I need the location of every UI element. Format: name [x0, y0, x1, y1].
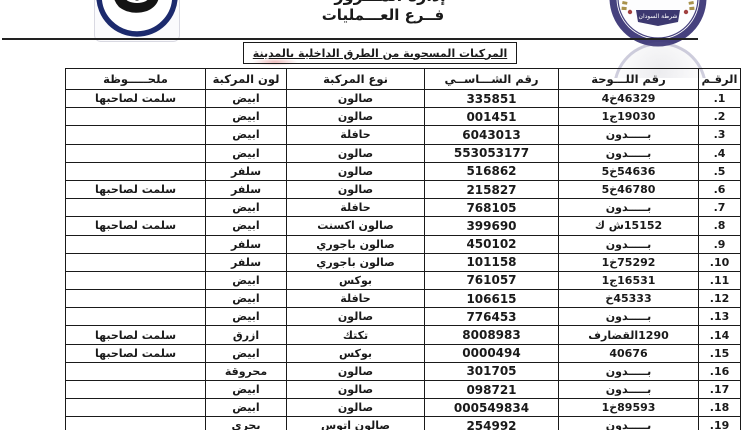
vehicles-table-header: الرقـم رقم اللـــوحة رقم الشـــاســي نوع…: [66, 69, 741, 90]
cell-color: ابيض: [206, 108, 287, 126]
cell-chassis: 215827: [425, 180, 559, 198]
cell-color: ابيض: [206, 271, 287, 289]
cell-no: 10.: [699, 253, 741, 271]
header-note: ملحـــــوظة: [66, 69, 206, 90]
cell-color: سلفر: [206, 253, 287, 271]
cell-note: [66, 290, 206, 308]
cell-chassis: 516862: [425, 162, 559, 180]
cell-color: ابيض: [206, 381, 287, 399]
cell-color: سلفر: [206, 235, 287, 253]
cell-no: 17.: [699, 381, 741, 399]
cell-color: ابيض: [206, 199, 287, 217]
cell-note: [66, 308, 206, 326]
cell-plate: بـــــدون: [559, 144, 699, 162]
cell-type: حافلة: [287, 290, 425, 308]
cell-no: 2.: [699, 108, 741, 126]
table-row: 12.45333خ106615حافلةابيض: [66, 290, 741, 308]
cell-no: 9.: [699, 235, 741, 253]
cell-no: 1.: [699, 90, 741, 108]
cell-note: [66, 108, 206, 126]
cell-no: 11.: [699, 271, 741, 289]
cell-no: 3.: [699, 126, 741, 144]
header-row: الرقـم رقم اللـــوحة رقم الشـــاســي نوع…: [66, 69, 741, 90]
cell-color: سلفر: [206, 180, 287, 198]
cell-color: محروقة: [206, 362, 287, 380]
cell-no: 14.: [699, 326, 741, 344]
traffic-police-eye-emblem-icon: [93, 0, 181, 40]
cell-plate: بـــــدون: [559, 362, 699, 380]
cell-chassis: 450102: [425, 235, 559, 253]
cell-note: [66, 162, 206, 180]
cell-note: [66, 253, 206, 271]
cell-plate: بـــــدون: [559, 381, 699, 399]
table-row: 3.بـــــدون6043013حافلةابيض: [66, 126, 741, 144]
header-divider: [2, 38, 698, 40]
cell-chassis: 106615: [425, 290, 559, 308]
cell-chassis: 001451: [425, 108, 559, 126]
cell-type: صالون: [287, 180, 425, 198]
cell-no: 13.: [699, 308, 741, 326]
cell-color: سلفر: [206, 162, 287, 180]
cell-note: [66, 417, 206, 430]
table-row: 18.89593خ1000549834صالونابيض: [66, 399, 741, 417]
emblem-banner-text: شرطة السودان: [639, 13, 678, 20]
cell-color: ابيض: [206, 399, 287, 417]
cell-chassis: 761057: [425, 271, 559, 289]
cell-color: ازرق: [206, 326, 287, 344]
cell-type: صالون: [287, 144, 425, 162]
cell-type: صالون اتوس: [287, 417, 425, 430]
table-row: 10.75292خ1101158صالون باجوريسلفر: [66, 253, 741, 271]
cell-note: سلمت لصاحبها: [66, 326, 206, 344]
cell-color: ابيض: [206, 308, 287, 326]
header-type: نوع المركبة: [287, 69, 425, 90]
cell-no: 6.: [699, 180, 741, 198]
table-row: 7.بـــــدون768105حافلةابيض: [66, 199, 741, 217]
cell-no: 5.: [699, 162, 741, 180]
document-title-box: المركبات المسحوبة من الطرق الداخلية بالم…: [243, 42, 517, 64]
cell-type: صالون اكسنت: [287, 217, 425, 235]
cell-note: [66, 199, 206, 217]
cell-chassis: 335851: [425, 90, 559, 108]
cell-chassis: 098721: [425, 381, 559, 399]
cell-color: ابيض: [206, 126, 287, 144]
cell-plate: 75292خ1: [559, 253, 699, 271]
cell-type: صالون باجوري: [287, 235, 425, 253]
header-plate: رقم اللـــوحة: [559, 69, 699, 90]
cell-plate: 40676: [559, 344, 699, 362]
cell-type: صالون: [287, 399, 425, 417]
cell-color: بحري: [206, 417, 287, 430]
cell-chassis: 776453: [425, 308, 559, 326]
cell-plate: 46780خ5: [559, 180, 699, 198]
cell-color: ابيض: [206, 217, 287, 235]
cell-type: حافلة: [287, 199, 425, 217]
table-row: 2.19030ج1001451صالونابيض: [66, 108, 741, 126]
cell-type: تكتك: [287, 326, 425, 344]
header-color: لون المركبة: [206, 69, 287, 90]
cell-plate: 16531ج1: [559, 271, 699, 289]
table-row: 16.بـــــدون301705صالونمحروقة: [66, 362, 741, 380]
cell-chassis: 8008983: [425, 326, 559, 344]
cell-plate: 89593خ1: [559, 399, 699, 417]
table-row: 13.بـــــدون776453صالونابيض: [66, 308, 741, 326]
cell-type: صالون باجوري: [287, 253, 425, 271]
cell-no: 4.: [699, 144, 741, 162]
table-row: 15.406760000494بوكسابيضسلمت لصاحبها: [66, 344, 741, 362]
cell-chassis: 000549834: [425, 399, 559, 417]
document-title: المركبات المسحوبة من الطرق الداخلية بالم…: [253, 47, 507, 60]
cell-plate: 45333خ: [559, 290, 699, 308]
table-row: 11.16531ج1761057بوكسابيض: [66, 271, 741, 289]
cell-note: [66, 271, 206, 289]
cell-chassis: 101158: [425, 253, 559, 271]
cell-chassis: 301705: [425, 362, 559, 380]
cell-note: سلمت لصاحبها: [66, 344, 206, 362]
cell-note: [66, 126, 206, 144]
cell-plate: بـــــدون: [559, 235, 699, 253]
cell-color: ابيض: [206, 144, 287, 162]
cell-type: صالون: [287, 381, 425, 399]
cell-type: بوكس: [287, 344, 425, 362]
cell-note: سلمت لصاحبها: [66, 217, 206, 235]
cell-type: بوكس: [287, 271, 425, 289]
cell-plate: 19030ج1: [559, 108, 699, 126]
cell-chassis: 768105: [425, 199, 559, 217]
cell-no: 16.: [699, 362, 741, 380]
cell-no: 7.: [699, 199, 741, 217]
cell-note: [66, 381, 206, 399]
cell-chassis: 553053177: [425, 144, 559, 162]
table-row: 1.46329خ4335851صالونابيضسلمت لصاحبها: [66, 90, 741, 108]
table-row: 6.46780خ5215827صالونسلفرسلمت لصاحبها: [66, 180, 741, 198]
table-row: 17.بـــــدون098721صالونابيض: [66, 381, 741, 399]
branch-title: فــرع العـــمليات: [283, 6, 483, 24]
cell-no: 19.: [699, 417, 741, 430]
cell-note: [66, 144, 206, 162]
cell-chassis: 6043013: [425, 126, 559, 144]
table-row: 8.15152ش ك399690صالون اكسنتابيضسلمت لصاح…: [66, 217, 741, 235]
cell-plate: بـــــدون: [559, 126, 699, 144]
cell-chassis: 0000494: [425, 344, 559, 362]
cell-plate: بـــــدون: [559, 308, 699, 326]
vehicles-table: الرقـم رقم اللـــوحة رقم الشـــاســي نوع…: [65, 68, 741, 430]
table-row: 14.1290القضارف8008983تكتكازرقسلمت لصاحبه…: [66, 326, 741, 344]
cell-note: سلمت لصاحبها: [66, 180, 206, 198]
cell-chassis: 399690: [425, 217, 559, 235]
cell-type: صالون: [287, 90, 425, 108]
cell-plate: بـــــدون: [559, 417, 699, 430]
cell-type: صالون: [287, 362, 425, 380]
cell-note: [66, 235, 206, 253]
scanned-document-page: { "header": { "dept_line_partial": "إدار…: [0, 0, 750, 430]
cell-no: 15.: [699, 344, 741, 362]
cell-type: صالون: [287, 162, 425, 180]
vehicles-table-body: 1.46329خ4335851صالونابيضسلمت لصاحبها2.19…: [66, 90, 741, 430]
cell-color: ابيض: [206, 290, 287, 308]
cell-chassis: 254992: [425, 417, 559, 430]
cell-note: [66, 399, 206, 417]
cell-no: 12.: [699, 290, 741, 308]
cell-type: صالون: [287, 108, 425, 126]
cell-plate: 15152ش ك: [559, 217, 699, 235]
cell-no: 8.: [699, 217, 741, 235]
table-row: 19.بـــــدون254992صالون اتوسبحري: [66, 417, 741, 430]
cell-color: ابيض: [206, 344, 287, 362]
header-chassis: رقم الشـــاســي: [425, 69, 559, 90]
cell-color: ابيض: [206, 90, 287, 108]
header-number: الرقـم: [699, 69, 741, 90]
cell-no: 18.: [699, 399, 741, 417]
cell-note: [66, 362, 206, 380]
table-row: 9.بـــــدون450102صالون باجوريسلفر: [66, 235, 741, 253]
cell-plate: 46329خ4: [559, 90, 699, 108]
cell-plate: 1290القضارف: [559, 326, 699, 344]
cell-type: صالون: [287, 308, 425, 326]
table-row: 5.54636خ5516862صالونسلفر: [66, 162, 741, 180]
cell-plate: بـــــدون: [559, 199, 699, 217]
table-row: 4.بـــــدون553053177صالونابيض: [66, 144, 741, 162]
cell-type: حافلة: [287, 126, 425, 144]
cell-note: سلمت لصاحبها: [66, 90, 206, 108]
cell-plate: 54636خ5: [559, 162, 699, 180]
